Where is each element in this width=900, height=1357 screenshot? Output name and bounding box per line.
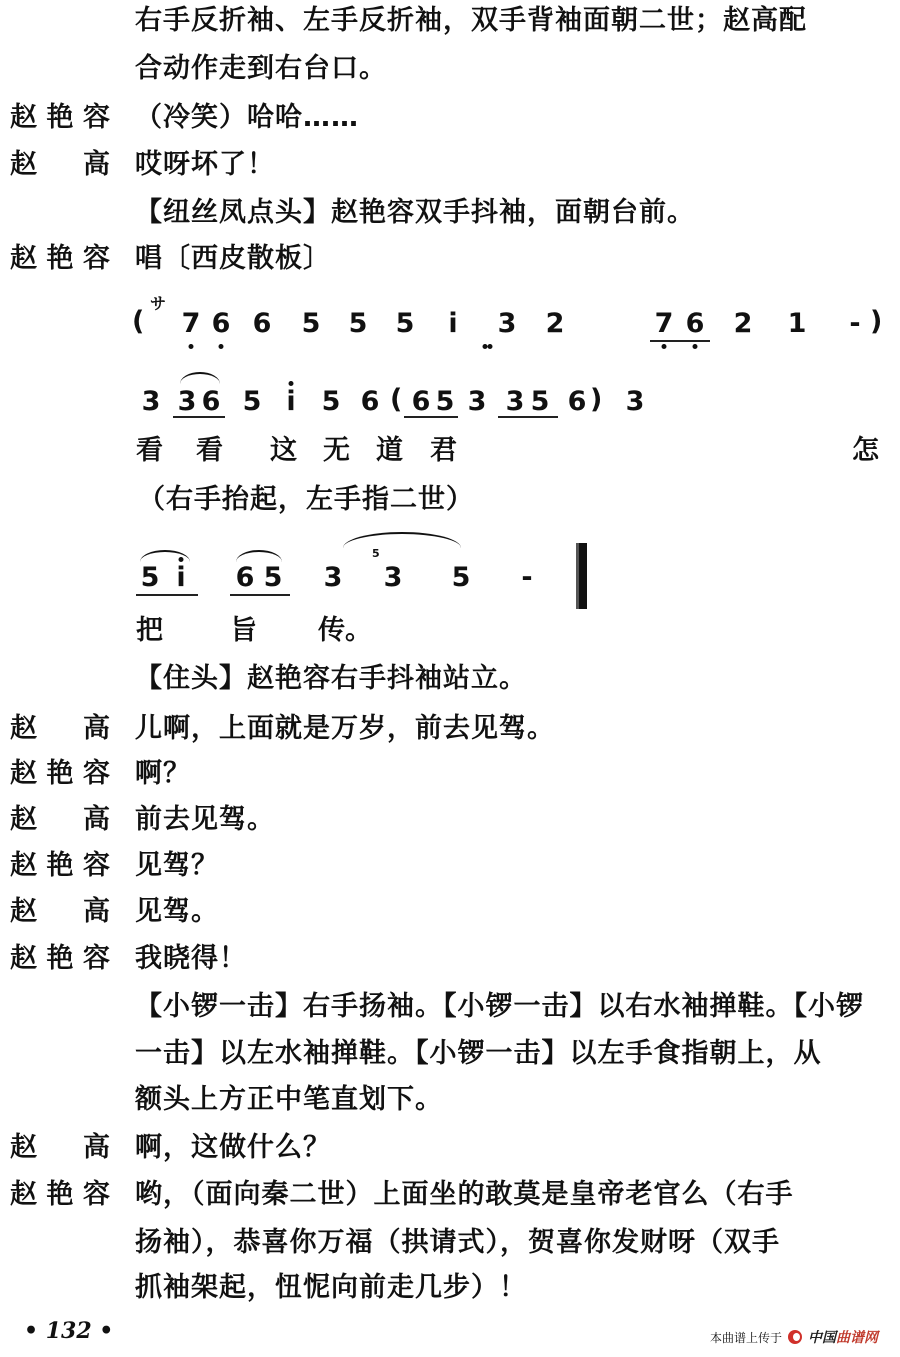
dialogue-text: 见驾。 <box>135 895 219 929</box>
speaker-name: 赵 高 <box>10 148 110 182</box>
note: 6 <box>206 309 236 339</box>
note: 2 <box>728 309 758 339</box>
beat-underline <box>404 416 458 418</box>
speaker-name: 赵 高 <box>10 803 110 837</box>
stage-direction-line: 【住头】赵艳容右手抖袖站立。 <box>135 662 527 696</box>
beat-underline <box>136 594 198 596</box>
speaker-name: 赵 高 <box>10 712 110 746</box>
dialogue-text: 啊，这做什么？ <box>135 1131 331 1165</box>
slur <box>180 372 220 384</box>
site-logo-icon <box>788 1330 802 1344</box>
watermark-prefix: 本曲谱上传于 <box>710 1329 782 1346</box>
dialogue-text: 啊？ <box>135 757 191 791</box>
note: 3 <box>378 563 408 593</box>
tempo-mark: サ <box>150 298 166 309</box>
beat-underline <box>173 416 225 418</box>
note: 5 <box>343 309 373 339</box>
stage-direction-line: 【纽丝凤点头】赵艳容双手抖袖，面朝台前。 <box>135 196 695 230</box>
note: i <box>166 563 196 593</box>
speaker-name: 赵 艳 容 <box>10 101 110 135</box>
beat-underline <box>230 594 290 596</box>
speaker-name: 赵 艳 容 <box>10 942 110 976</box>
watermark: 本曲谱上传于 中国曲谱网 <box>710 1327 878 1347</box>
speaker-name: 赵 高 <box>10 1131 110 1165</box>
site-brand: 中国曲谱网 <box>808 1327 878 1347</box>
note: 7 <box>649 309 679 339</box>
slur <box>343 532 461 548</box>
slur <box>236 550 282 562</box>
note: 5 <box>430 387 460 417</box>
note: 5 <box>135 563 165 593</box>
note: 3 <box>620 387 650 417</box>
note: 3 <box>462 387 492 417</box>
speaker-name: 赵 艳 容 <box>10 849 110 883</box>
note: 7 <box>176 309 206 339</box>
dialogue-text: 哎呀坏了！ <box>135 148 275 182</box>
note: 5 <box>390 309 420 339</box>
note: 6 <box>196 387 226 417</box>
beat-underline <box>650 340 710 342</box>
note: - <box>512 563 542 593</box>
stage-direction-line: 【小锣一击】右手扬袖。【小锣一击】以右水袖掸鞋。【小锣 <box>135 990 864 1024</box>
speaker-name: 赵 艳 容 <box>10 1178 110 1212</box>
grace-note: 5 <box>372 548 380 559</box>
note: 1 <box>782 309 812 339</box>
final-barline <box>576 543 587 609</box>
note: 2 <box>540 309 570 339</box>
note: 5 <box>296 309 326 339</box>
speaker-name: 赵 高 <box>10 895 110 929</box>
stage-direction-line: 右手反折袖、左手反折袖，双手背袖面朝二世；赵高配 <box>135 4 807 38</box>
dialogue-text: 前去见驾。 <box>135 803 275 837</box>
note: 6 <box>355 387 385 417</box>
dialogue-text: 我晓得！ <box>135 942 247 976</box>
note: 3 <box>136 387 166 417</box>
speaker-name: 赵 艳 容 <box>10 242 110 276</box>
speaker-name: 赵 艳 容 <box>10 757 110 791</box>
note: - <box>840 309 870 339</box>
stage-direction-line: 额头上方正中笔直划下。 <box>135 1083 443 1117</box>
dialogue-text: 抓袖架起，忸怩向前走几步）！ <box>135 1271 527 1305</box>
note: 6 <box>230 563 260 593</box>
percussion-cue: 【纽丝凤点头】 <box>135 197 331 228</box>
note: 5 <box>446 563 476 593</box>
aria-label: 唱〔西皮散板〕 <box>135 242 331 276</box>
note: 6 <box>247 309 277 339</box>
note: 5 <box>258 563 288 593</box>
dialogue-text: 见驾？ <box>135 849 219 883</box>
dialogue-text: 扬袖），恭喜你万福（拱请式），贺喜你发财呀（双手 <box>135 1226 780 1260</box>
dialogue-text: 哟，（面向秦二世）上面坐的敢莫是皇帝老官么（右手 <box>135 1178 794 1212</box>
note: 3 <box>318 563 348 593</box>
stage-direction-line: 一击】以左水袖掸鞋。【小锣一击】以左手食指朝上，从 <box>135 1037 822 1071</box>
note: i <box>438 309 468 339</box>
note: 6 <box>680 309 710 339</box>
gesture-note: （右手抬起，左手指二世） <box>138 483 474 517</box>
dialogue-text: 儿啊，上面就是万岁，前去见驾。 <box>135 712 555 746</box>
dialogue-text: （冷笑）哈哈…… <box>135 101 359 135</box>
percussion-cue: 【住头】 <box>135 663 247 694</box>
note: 5 <box>316 387 346 417</box>
beat-underline <box>498 416 558 418</box>
stage-direction-line: 合动作走到右台口。 <box>135 52 387 86</box>
note: 5 <box>525 387 555 417</box>
note: 3 <box>492 309 522 339</box>
note: i <box>276 387 306 417</box>
page-number: • 132 • <box>24 1318 113 1344</box>
note: 6 <box>562 387 592 417</box>
note: 5 <box>237 387 267 417</box>
